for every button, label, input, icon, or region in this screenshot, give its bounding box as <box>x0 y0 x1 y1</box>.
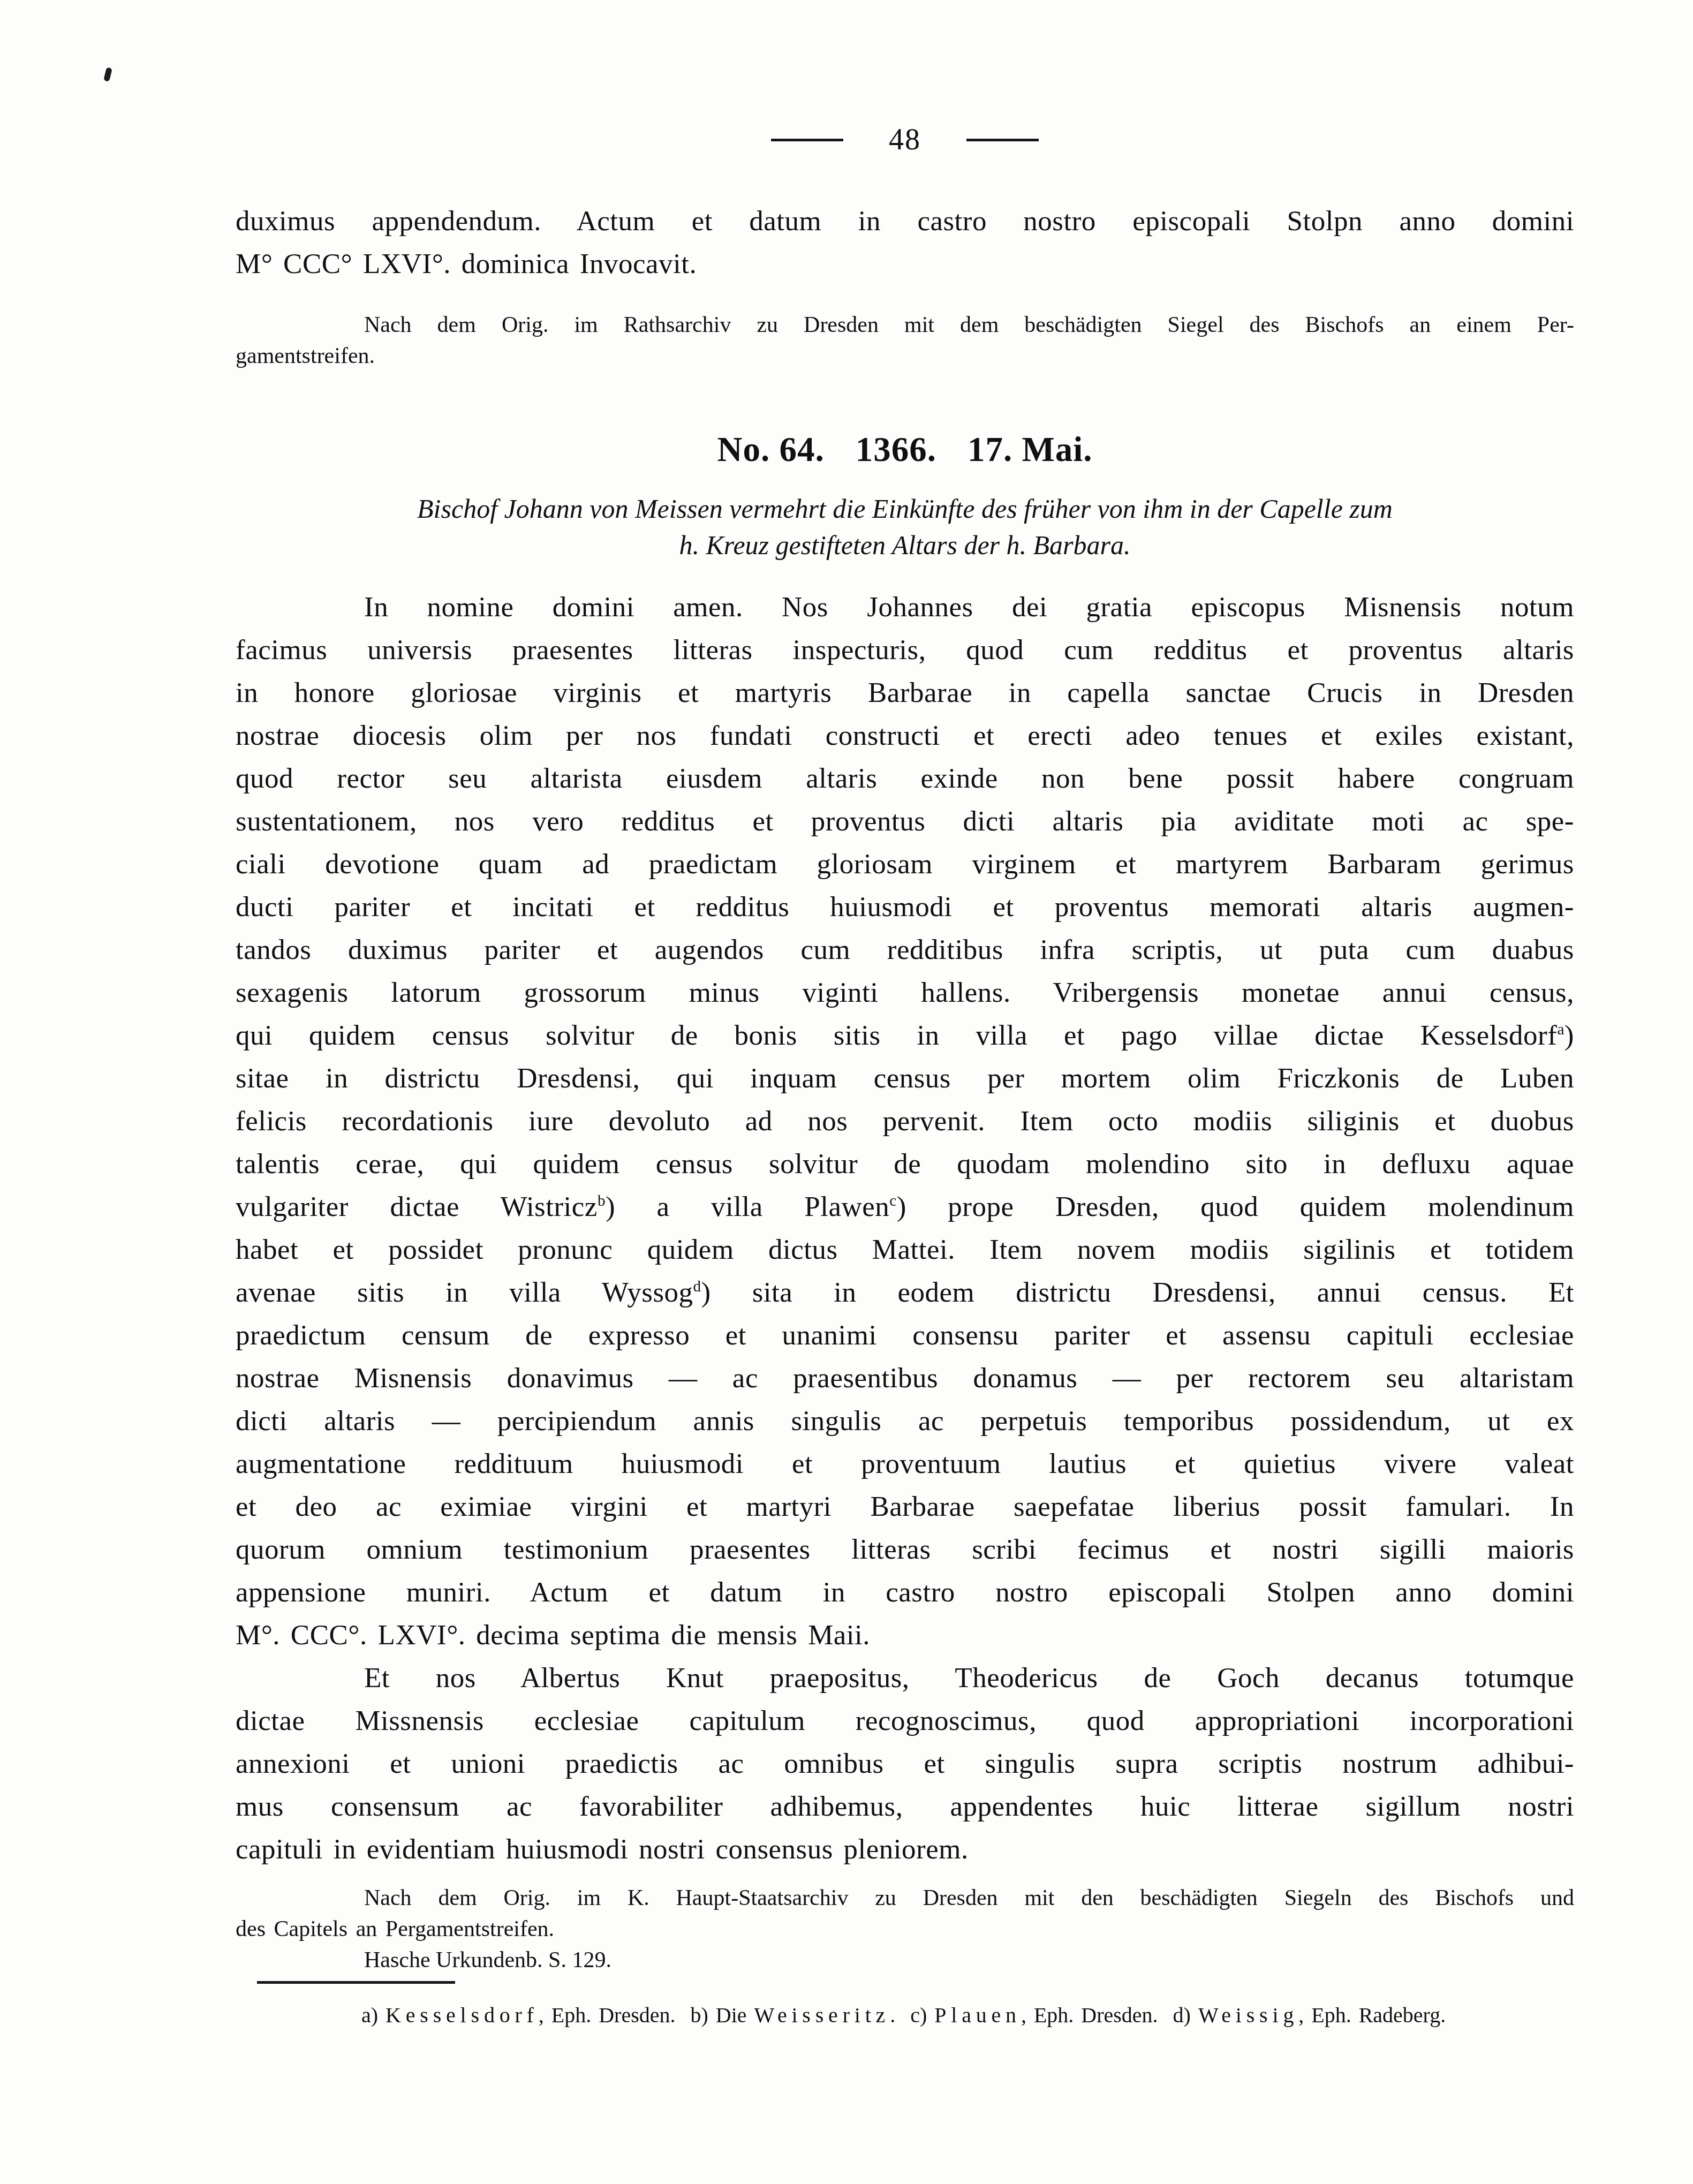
text-line: dicti altaris — percipiendum annis singu… <box>236 1400 1574 1442</box>
entry-number: No. 64. <box>717 427 824 472</box>
text-line: mus consensum ac favorabiliter adhibemus… <box>236 1785 1574 1828</box>
text-line: quorum omnium testimonium praesentes lit… <box>236 1528 1574 1571</box>
text-line: In nomine domini amen. Nos Johannes dei … <box>236 586 1574 629</box>
entry-summary: Bischof Johann von Meissen vermehrt die … <box>236 490 1574 563</box>
text-line: vulgariter dictae Wistriczb) a villa Pla… <box>236 1185 1574 1228</box>
previous-entry-source-note: Nach dem Orig. im Rathsarchiv zu Dresden… <box>236 309 1574 372</box>
text-line: Bischof Johann von Meissen vermehrt die … <box>236 490 1574 527</box>
text-line: M°. CCC°. LXVI°. decima septima die mens… <box>236 1614 1574 1657</box>
text-column: 48 duximus appendendum. Actum et datum i… <box>236 0 1574 2030</box>
ink-speck <box>103 67 112 82</box>
text-line: habet et possidet pronunc quidem dictus … <box>236 1228 1574 1271</box>
footnote-marker: c <box>889 1192 896 1210</box>
entry-body-paragraph-1: In nomine domini amen. Nos Johannes dei … <box>236 586 1574 1657</box>
text-line: capituli in evidentiam huiusmodi nostri … <box>236 1828 1574 1871</box>
entry-source-note: Nach dem Orig. im K. Haupt-Staatsarchiv … <box>236 1883 1574 1945</box>
entry-body-paragraph-2: Et nos Albertus Knut praepositus, Theode… <box>236 1657 1574 1871</box>
text-line: Nach dem Orig. im Rathsarchiv zu Dresden… <box>236 309 1574 341</box>
header-rule-left <box>771 139 843 141</box>
text-line: nostrae Misnensis donavimus — ac praesen… <box>236 1357 1574 1400</box>
text-line: et deo ac eximiae virgini et martyri Bar… <box>236 1485 1574 1528</box>
text-line: ciali devotione quam ad praedictam glori… <box>236 843 1574 886</box>
spaced-name: Plauen <box>934 2003 1021 2027</box>
entry-heading: No. 64. 1366. 17. Mai. <box>236 427 1574 472</box>
footnotes-line: a) Kesselsdorf, Eph. Dresden. b) Die Wei… <box>236 2001 1574 2030</box>
text-line: tandos duximus pariter et augendos cum r… <box>236 928 1574 971</box>
text-line: quod rector seu altarista eiusdem altari… <box>236 757 1574 800</box>
text-line: sexagenis latorum grossorum minus vigint… <box>236 971 1574 1014</box>
text-line: ducti pariter et incitati et redditus hu… <box>236 886 1574 928</box>
text-line: sustentationem, nos vero redditus et pro… <box>236 800 1574 843</box>
entry-date: 17. Mai. <box>968 427 1093 472</box>
text-line: avenae sitis in villa Wyssogd) sita in e… <box>236 1271 1574 1314</box>
page-number: 48 <box>889 120 921 159</box>
book-page: 48 duximus appendendum. Actum et datum i… <box>0 0 1693 2184</box>
text-line: sitae in districtu Dresdensi, qui inquam… <box>236 1057 1574 1100</box>
text-line: talentis cerae, qui quidem census solvit… <box>236 1143 1574 1185</box>
page-header: 48 <box>236 0 1574 159</box>
spaced-name: Weisseritz <box>754 2003 890 2027</box>
text-line: des Capitels an Pergamentstreifen. <box>236 1914 1574 1945</box>
footnote-separator <box>257 1981 455 1984</box>
text-line: Et nos Albertus Knut praepositus, Theode… <box>236 1657 1574 1699</box>
footnote-marker: b <box>598 1192 606 1210</box>
text-line: a) Kesselsdorf, Eph. Dresden. b) Die Wei… <box>361 2001 1574 2030</box>
text-line: in honore gloriosae virginis et martyris… <box>236 671 1574 714</box>
text-line: qui quidem census solvitur de bonis siti… <box>236 1014 1574 1057</box>
text-line: felicis recordationis iure devoluto ad n… <box>236 1100 1574 1143</box>
header-rule-right <box>966 139 1039 141</box>
text-line: Nach dem Orig. im K. Haupt-Staatsarchiv … <box>236 1883 1574 1914</box>
text-line: augmentatione reddituum huiusmodi et pro… <box>236 1442 1574 1485</box>
previous-entry-continuation: duximus appendendum. Actum et datum in c… <box>236 200 1574 285</box>
text-line: appensione muniri. Actum et datum in cas… <box>236 1571 1574 1614</box>
spaced-name: Kesselsdorf <box>386 2003 539 2027</box>
text-line: nostrae diocesis olim per nos fundati co… <box>236 714 1574 757</box>
entry-reference: Hasche Urkundenb. S. 129. <box>236 1945 1574 1976</box>
text-line: duximus appendendum. Actum et datum in c… <box>236 200 1574 243</box>
footnote-marker: d <box>693 1278 701 1295</box>
text-line: praedictum censum de expresso et unanimi… <box>236 1314 1574 1357</box>
text-line: annexioni et unioni praedictis ac omnibu… <box>236 1742 1574 1785</box>
text-line: gamentstreifen. <box>236 341 1574 372</box>
text-line: dictae Missnensis ecclesiae capitulum re… <box>236 1699 1574 1742</box>
spaced-name: Weissig <box>1198 2003 1298 2027</box>
text-line: facimus universis praesentes litteras in… <box>236 629 1574 671</box>
entry-year: 1366. <box>856 427 936 472</box>
text-line: M° CCC° LXVI°. dominica Invocavit. <box>236 243 1574 285</box>
footnote-marker: a <box>1557 1021 1564 1038</box>
text-line: h. Kreuz gestifteten Altars der h. Barba… <box>236 527 1574 563</box>
